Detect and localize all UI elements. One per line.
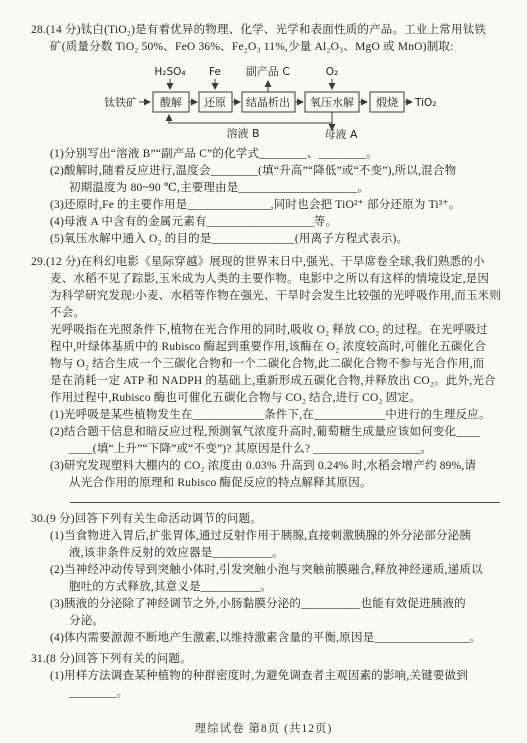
q28-item-4: (4)母液 A 中含有的金属元素有__________________等。 [0, 214, 527, 231]
flow-step-crystallization: 结晶析出 [246, 95, 290, 109]
q29-item-2-cont: ____(填“上升”“下降”或“不变”)? 其原因是什么? __________… [0, 441, 527, 458]
flowchart-svg: H₂SO₄ Fe 副产品 C O₂ 钛铁矿 酸解 [28, 59, 498, 139]
q31-item-1: (1)用样方法调查某种植物的种群密度时,为避免调查者主观因素的影响,关键要做到 [0, 668, 527, 685]
q30-item-3-cont: 分泌。 [0, 613, 527, 630]
q30-item-4: (4)体内需要源源不断地产生激素,以维持激素含量的平衡,原因是_________… [0, 630, 527, 647]
q29-item-2: (2)结合题干信息和暗反应过程,预测氧气浓度升高时,葡萄糖生成量应该如何变化__… [0, 424, 527, 441]
exam-page: 28.(14 分)钛白(TiO₂)是有着优异的物理、化学、光学和表面性质的产品。… [0, 0, 527, 743]
q28-items: (1)分别写出“溶液 B”“副产品 C”的化学式________、_______… [0, 146, 527, 248]
q31-item-1-cont: ________。 [0, 685, 527, 702]
q29-intro-line-1: 29.(12 分)在科幻电影《星际穿越》展现的世界末日中,强光、干旱席卷全球,我… [0, 254, 527, 271]
question-28: 28.(14 分)钛白(TiO₂)是有着优异的物理、化学、光学和表面性质的产品。… [0, 22, 527, 248]
q28-item-2: (2)酸解时,随着反应进行,温度会________(填“升高”“降低”或“不变”… [0, 163, 527, 180]
flow-product-label: TiO₂ [414, 97, 436, 109]
q28-flowchart: H₂SO₄ Fe 副产品 C O₂ 钛铁矿 酸解 [28, 59, 527, 142]
flow-input-fe: Fe [209, 66, 221, 78]
q30-item-1-cont: 液,该非条件反射的效应器是__________。 [0, 545, 527, 562]
q29-para2-line-1: 光呼吸指在光照条件下,植物在光合作用的同时,吸收 O₂ 释放 CO₂ 的过程。在… [0, 322, 527, 339]
q28-intro-line-1: 28.(14 分)钛白(TiO₂)是有着优异的物理、化学、光学和表面性质的产品。… [0, 22, 527, 39]
q31-head: 31.(8 分)回答下列有关的问题。 [0, 651, 527, 668]
recycle-solution-b-line [169, 112, 332, 123]
page-content: 28.(14 分)钛白(TiO₂)是有着优异的物理、化学、光学和表面性质的产品。… [0, 0, 527, 702]
q29-intro-line-4: 不会。 [0, 305, 527, 322]
question-29: 29.(12 分)在科幻电影《星际穿越》展现的世界末日中,强光、干旱席卷全球,我… [0, 254, 527, 503]
question-30: 30.(9 分)回答下列有关生命活动调节的问题。 (1)当食物进入胃后,扩张胃体… [0, 511, 527, 647]
q30-item-2: (2)当神经冲动传导到突触小体时,引发突触小泡与突触前膜融合,释放神经递质,递质… [0, 562, 527, 579]
q29-intro-line-3: 为科学研究发现:小麦、水稻等作物在强光、干旱时会发生比较强的光呼吸作用,而玉米则 [0, 288, 527, 305]
q29-intro-line-2: 麦、水稻不见了踪影,玉米成为人类的主要作物。电影中之所以有这样的情境设定,是因 [0, 271, 527, 288]
q30-item-1: (1)当食物进入胃后,扩张胃体,通过反射作用于胰腺,直接刺激胰腺的外分泌部分泌胰 [0, 528, 527, 545]
flow-step-oxygen-hydrolysis: 氧压水解 [310, 95, 354, 109]
q28-item-3: (3)还原时,Fe 的主要作用是______________,同时也会把 TiO… [0, 197, 527, 214]
q28-intro-line-2: 矿(质量分数 TiO₂ 50%、FeO 36%、Fe₂O₃ 11%,少量 Al₂… [0, 39, 527, 56]
q29-item-1: (1)光呼吸是某些植物发生在____________条件下,在_________… [0, 407, 527, 424]
q29-para2-line-3: 物与 O₂ 结合生成一个三碳化合物和一个二碳化合物,此二碳化合物不参与光合作用,… [0, 356, 527, 373]
flow-step-reduction: 还原 [204, 96, 226, 109]
page-footer: 理综试卷 第8页 (共12页) [0, 720, 527, 736]
q29-item-3-cont: 从光合作用的原理和 Rubisco 酶促反应的特点解释其原因。 [0, 475, 527, 492]
flow-solution-b-label: 溶液 B [226, 126, 259, 139]
q30-item-2-cont: 胞吐的方式释放,其意义是__________。 [0, 579, 527, 596]
q29-para2-line-4: 是在消耗一定 ATP 和 NADPH 的基础上,重新形成五碳化合物,并释放出 C… [0, 373, 527, 390]
q28-item-2-cont: 初期温度为 80~90 ℃,主要理由是____________________。 [0, 180, 527, 197]
q28-item-5: (5)氧压水解中通入 O₂ 的目的是______________(用离子方程式表… [0, 231, 527, 248]
q29-para2-line-2: 程中,叶绿体基质中的 Rubisco 酶起到重要作用,该酶在 O₂ 浓度较高时,… [0, 339, 527, 356]
flow-input-h2so4: H₂SO₄ [154, 66, 185, 78]
flow-step-calcination: 煅烧 [376, 95, 398, 109]
flow-ore-label: 钛铁矿 [104, 95, 137, 109]
flow-mother-liquor-label: 母液 A [324, 127, 357, 139]
q30-item-3: (3)胰液的分泌除了神经调节之外,小肠黏膜分泌的__________也能有效促进… [0, 596, 527, 613]
flow-step-acidolysis: 酸解 [160, 95, 182, 109]
flow-byproduct-label: 副产品 C [246, 64, 290, 78]
q29-item-3: (3)研究发现塑料大棚内的 CO₂ 浓度由 0.03% 升高到 0.24% 时,… [0, 458, 527, 475]
flow-input-o2: O₂ [326, 66, 338, 78]
q30-head: 30.(9 分)回答下列有关生命活动调节的问题。 [0, 511, 527, 528]
q28-item-1: (1)分别写出“溶液 B”“副产品 C”的化学式________、_______… [0, 146, 527, 163]
q29-para2-line-5: 作用过程中,Rubisco 酶也可催化五碳化合物与 CO₂ 结合,进行 CO₂ … [0, 390, 527, 407]
question-31: 31.(8 分)回答下列有关的问题。 (1)用样方法调查某种植物的种群密度时,为… [0, 651, 527, 702]
q29-answer-rule [70, 501, 500, 503]
